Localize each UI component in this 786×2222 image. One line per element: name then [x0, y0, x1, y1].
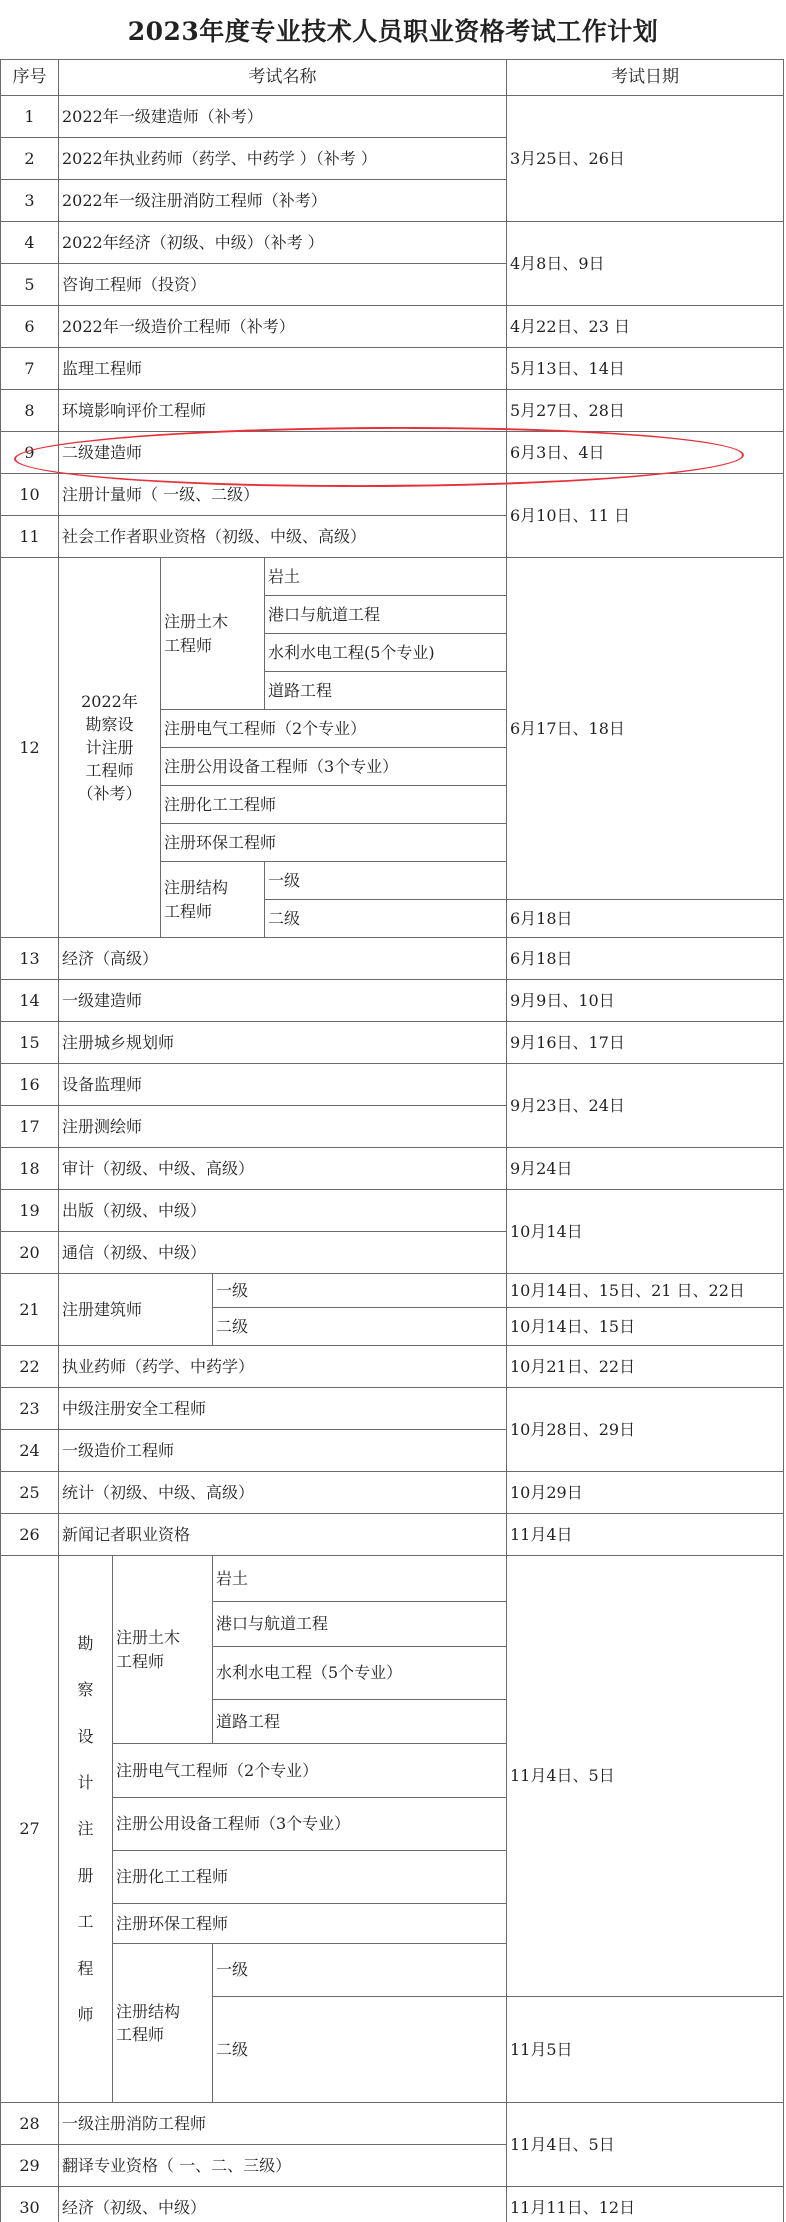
exam-date-cell-text: 4月22日、23 日	[510, 315, 630, 338]
exam-name-cell: 2022年一级注册消防工程师（补考）	[58, 179, 507, 222]
exam-date-cell: 6月18日	[506, 899, 784, 938]
seq-cell: 16	[0, 1063, 59, 1106]
exam-specialty-cell-text: 岩土	[268, 565, 300, 588]
exam-subgroup-cell: 注册化工工程师	[112, 1850, 507, 1904]
seq-cell: 14	[0, 979, 59, 1022]
exam-specialty-cell-text: 水利水电工程(5个专业)	[268, 641, 435, 664]
exam-name-cell-text: 经济（初级、中级）	[62, 2196, 206, 2219]
exam-name-cell: 注册测绘师	[58, 1105, 507, 1148]
exam-subgroup-cell: 注册公用设备工程师（3个专业）	[112, 1797, 507, 1851]
exam-specialty-cell-text: 道路工程	[268, 679, 332, 702]
seq-cell: 6	[0, 305, 59, 348]
exam-subgroup-cell-text: 注册环保工程师	[116, 1912, 228, 1935]
seq-cell-text: 24	[19, 1439, 39, 1462]
seq-cell: 27	[0, 1555, 59, 2103]
seq-cell: 2	[0, 137, 59, 180]
exam-date-cell-text: 5月13日、14日	[510, 357, 625, 380]
exam-name-cell-text: 一级注册消防工程师	[62, 2112, 206, 2135]
exam-date-cell-text: 11月4日	[510, 1523, 573, 1546]
exam-specialty-cell: 水利水电工程（5个专业）	[212, 1646, 507, 1700]
exam-specialty-cell: 一级	[212, 1943, 507, 1997]
seq-cell: 24	[0, 1429, 59, 1472]
exam-date-cell: 6月10日、11 日	[506, 473, 784, 558]
exam-specialty-cell: 道路工程	[212, 1699, 507, 1744]
exam-subgroup-cell-text: 注册土木 工程师	[164, 610, 228, 656]
exam-specialty-cell-text: 水利水电工程（5个专业）	[216, 1661, 402, 1684]
seq-cell: 29	[0, 2144, 59, 2187]
exam-name-cell-text: 注册计量师（ 一级、二级）	[62, 483, 259, 506]
seq-cell-text: 8	[24, 399, 34, 422]
seq-cell: 19	[0, 1189, 59, 1232]
exam-subgroup-cell: 注册环保工程师	[112, 1903, 507, 1944]
seq-cell-text: 5	[24, 273, 34, 296]
exam-date-cell: 3月25日、26日	[506, 95, 784, 222]
exam-specialty-cell: 岩土	[264, 557, 507, 596]
exam-name-cell: 统计（初级、中级、高级）	[58, 1471, 507, 1514]
exam-name-cell: 一级造价工程师	[58, 1429, 507, 1472]
exam-specialty-cell-text: 岩土	[216, 1567, 248, 1590]
seq-cell: 11	[0, 515, 59, 558]
seq-cell-text: 23	[19, 1397, 39, 1420]
exam-name-cell: 2022年一级造价工程师（补考）	[58, 305, 507, 348]
exam-subgroup-cell-text: 注册公用设备工程师（3个专业）	[164, 755, 398, 778]
exam-date-cell: 10月21日、22日	[506, 1345, 784, 1388]
exam-subgroup-cell-text: 注册环保工程师	[164, 831, 276, 854]
seq-cell-text: 9	[24, 441, 34, 464]
exam-date-cell-text: 9月24日	[510, 1157, 573, 1180]
exam-date-cell-text: 6月18日	[510, 907, 573, 930]
seq-cell-text: 29	[19, 2154, 39, 2177]
exam-name-cell-text: 统计（初级、中级、高级）	[62, 1481, 254, 1504]
seq-cell: 18	[0, 1147, 59, 1190]
exam-date-cell-text: 5月27日、28日	[510, 399, 625, 422]
exam-specialty-cell-text: 一级	[216, 1958, 248, 1981]
exam-name-cell-text: 中级注册安全工程师	[62, 1397, 206, 1420]
exam-subgroup-cell-text: 注册电气工程师（2个专业）	[164, 717, 366, 740]
exam-name-cell: 环境影响评价工程师	[58, 389, 507, 432]
exam-date-cell-text: 11月4日、5日	[510, 1764, 615, 1787]
exam-date-cell: 10月14日	[506, 1189, 784, 1274]
exam-date-cell: 4月22日、23 日	[506, 305, 784, 348]
seq-cell-text: 12	[19, 736, 39, 759]
seq-cell-text: 3	[24, 189, 34, 212]
exam-date-cell-text: 6月17日、18日	[510, 717, 625, 740]
seq-cell: 13	[0, 937, 59, 980]
exam-name-cell: 咨询工程师（投资）	[58, 263, 507, 306]
header-date: 考试日期	[506, 59, 784, 96]
exam-date-cell: 9月24日	[506, 1147, 784, 1190]
exam-subgroup-cell-text: 注册化工工程师	[164, 793, 276, 816]
exam-date-cell: 11月4日	[506, 1513, 784, 1556]
seq-cell: 28	[0, 2102, 59, 2145]
seq-cell-text: 26	[19, 1523, 39, 1546]
exam-date-cell: 6月17日、18日	[506, 557, 784, 900]
exam-group-cell-text: 2022年 勘察设 计注册 工程师 （补考）	[77, 690, 141, 806]
exam-date-cell: 9月9日、10日	[506, 979, 784, 1022]
exam-name-cell-text: 翻译专业资格（ 一、二、三级）	[62, 2154, 291, 2177]
seq-cell: 21	[0, 1273, 59, 1346]
seq-cell: 20	[0, 1231, 59, 1274]
exam-date-cell-text: 10月28日、29日	[510, 1418, 635, 1441]
exam-date-cell-text: 10月14日、15日	[510, 1315, 635, 1338]
exam-name-cell-text: 设备监理师	[62, 1073, 142, 1096]
exam-specialty-cell-text: 一级	[216, 1279, 248, 1302]
seq-cell: 23	[0, 1387, 59, 1430]
exam-specialty-cell-text: 二级	[216, 2038, 248, 2061]
exam-subgroup-cell: 注册结构 工程师	[160, 861, 265, 938]
exam-subgroup-cell-text: 注册电气工程师（2个专业）	[116, 1759, 318, 1782]
seq-cell-text: 10	[19, 483, 39, 506]
exam-name-cell-text: 监理工程师	[62, 357, 142, 380]
exam-specialty-cell-text: 港口与航道工程	[268, 603, 380, 626]
exam-date-cell: 11月4日、5日	[506, 1555, 784, 1997]
exam-specialty-cell: 一级	[212, 1273, 507, 1308]
seq-cell-text: 18	[19, 1157, 39, 1180]
seq-cell-text: 11	[19, 525, 39, 548]
seq-cell: 25	[0, 1471, 59, 1514]
exam-date-cell: 5月27日、28日	[506, 389, 784, 432]
exam-subgroup-cell: 注册结构 工程师	[112, 1943, 213, 2103]
exam-name-cell: 经济（初级、中级）	[58, 2186, 507, 2222]
exam-name-cell-text: 2022年执业药师（药学、中药学 ）（补考 ）	[62, 147, 377, 170]
exam-date-cell: 6月3日、4日	[506, 431, 784, 474]
seq-cell-text: 22	[19, 1355, 39, 1378]
exam-name-cell-text: 执业药师（药学、中药学）	[62, 1355, 254, 1378]
seq-cell: 8	[0, 389, 59, 432]
seq-cell: 7	[0, 347, 59, 390]
exam-subgroup-cell: 注册土木 工程师	[112, 1555, 213, 1744]
exam-subgroup-cell: 注册化工工程师	[160, 785, 507, 824]
exam-name-cell: 翻译专业资格（ 一、二、三级）	[58, 2144, 507, 2187]
seq-cell-text: 25	[19, 1481, 39, 1504]
exam-name-cell-text: 2022年经济（初级、中级）（补考 ）	[62, 231, 324, 254]
exam-name-cell-text: 注册城乡规划师	[62, 1031, 174, 1054]
exam-name-cell: 注册建筑师	[58, 1273, 213, 1346]
exam-name-cell-text: 一级建造师	[62, 989, 142, 1012]
exam-date-cell: 10月29日	[506, 1471, 784, 1514]
exam-date-cell-text: 11月11日、12日	[510, 2196, 635, 2219]
exam-specialty-cell: 二级	[212, 1307, 507, 1346]
exam-date-cell: 11月4日、5日	[506, 2102, 784, 2187]
exam-specialty-cell-text: 道路工程	[216, 1710, 280, 1733]
exam-name-cell-text: 咨询工程师（投资）	[62, 273, 206, 296]
exam-name-cell-text: 社会工作者职业资格（初级、中级、高级）	[62, 525, 366, 548]
header-date-text: 考试日期	[611, 65, 679, 90]
seq-cell-text: 27	[19, 1817, 39, 1840]
seq-cell: 3	[0, 179, 59, 222]
exam-date-cell: 11月5日	[506, 1996, 784, 2103]
exam-subgroup-cell-text: 注册公用设备工程师（3个专业）	[116, 1812, 350, 1835]
exam-subgroup-cell: 注册公用设备工程师（3个专业）	[160, 747, 507, 786]
exam-name-cell: 通信（初级、中级）	[58, 1231, 507, 1274]
exam-date-cell-text: 6月3日、4日	[510, 441, 605, 464]
exam-name-cell: 设备监理师	[58, 1063, 507, 1106]
exam-date-cell-text: 11月5日	[510, 2038, 573, 2061]
seq-cell-text: 6	[24, 315, 34, 338]
exam-date-cell: 5月13日、14日	[506, 347, 784, 390]
exam-specialty-cell-text: 港口与航道工程	[216, 1612, 328, 1635]
exam-specialty-cell: 水利水电工程(5个专业)	[264, 633, 507, 672]
exam-name-cell: 一级建造师	[58, 979, 507, 1022]
exam-name-cell-text: 审计（初级、中级、高级）	[62, 1157, 254, 1180]
exam-name-cell: 中级注册安全工程师	[58, 1387, 507, 1430]
seq-cell: 15	[0, 1021, 59, 1064]
exam-name-cell: 2022年执业药师（药学、中药学 ）（补考 ）	[58, 137, 507, 180]
seq-cell-text: 19	[19, 1199, 39, 1222]
exam-specialty-cell: 港口与航道工程	[212, 1601, 507, 1647]
exam-name-cell-text: 环境影响评价工程师	[62, 399, 206, 422]
exam-date-cell-text: 10月14日、15日、21 日、22日	[510, 1279, 745, 1302]
exam-subgroup-cell-text: 注册结构 工程师	[164, 876, 228, 922]
header-seq: 序号	[0, 59, 59, 96]
exam-name-cell: 2022年经济（初级、中级）（补考 ）	[58, 221, 507, 264]
exam-name-cell-text: 注册测绘师	[62, 1115, 142, 1138]
exam-date-cell: 10月28日、29日	[506, 1387, 784, 1472]
exam-specialty-cell: 一级	[264, 861, 507, 900]
exam-name-cell: 经济（高级）	[58, 937, 507, 980]
exam-subgroup-cell: 注册环保工程师	[160, 823, 507, 862]
seq-cell: 9	[0, 431, 59, 474]
seq-cell: 12	[0, 557, 59, 938]
exam-specialty-cell: 道路工程	[264, 671, 507, 710]
exam-specialty-cell: 二级	[212, 1996, 507, 2103]
exam-date-cell: 6月18日	[506, 937, 784, 980]
seq-cell-text: 7	[24, 357, 34, 380]
exam-name-cell-text: 经济（高级）	[62, 947, 158, 970]
seq-cell: 4	[0, 221, 59, 264]
exam-date-cell: 4月8日、9日	[506, 221, 784, 306]
seq-cell: 1	[0, 95, 59, 138]
exam-subgroup-cell-text: 注册土木 工程师	[116, 1626, 180, 1672]
seq-cell: 10	[0, 473, 59, 516]
exam-date-cell: 9月16日、17日	[506, 1021, 784, 1064]
seq-cell-text: 21	[19, 1298, 39, 1321]
exam-subgroup-cell-text: 注册化工工程师	[116, 1865, 228, 1888]
exam-date-cell: 9月23日、24日	[506, 1063, 784, 1148]
seq-cell-text: 20	[19, 1241, 39, 1264]
exam-date-cell-text: 10月29日	[510, 1481, 583, 1504]
seq-cell: 5	[0, 263, 59, 306]
exam-name-cell-text: 2022年一级造价工程师（补考）	[62, 315, 295, 338]
exam-name-cell-text: 注册建筑师	[62, 1298, 142, 1321]
exam-date-cell-text: 6月10日、11 日	[510, 504, 630, 527]
header-name-text: 考试名称	[249, 65, 317, 90]
exam-group-cell: 2022年 勘察设 计注册 工程师 （补考）	[58, 557, 161, 938]
exam-date-cell-text: 6月18日	[510, 947, 573, 970]
seq-cell: 17	[0, 1105, 59, 1148]
exam-name-cell-text: 一级造价工程师	[62, 1439, 174, 1462]
seq-cell-text: 28	[19, 2112, 39, 2135]
exam-subgroup-cell: 注册土木 工程师	[160, 557, 265, 710]
seq-cell-text: 2	[24, 147, 34, 170]
header-name: 考试名称	[58, 59, 507, 96]
seq-cell-text: 16	[19, 1073, 39, 1096]
exam-name-cell: 审计（初级、中级、高级）	[58, 1147, 507, 1190]
exam-name-cell: 新闻记者职业资格	[58, 1513, 507, 1556]
exam-date-cell-text: 3月25日、26日	[510, 147, 625, 170]
seq-cell: 30	[0, 2186, 59, 2222]
exam-name-cell: 注册计量师（ 一级、二级）	[58, 473, 507, 516]
exam-name-cell: 执业药师（药学、中药学）	[58, 1345, 507, 1388]
exam-name-cell-text: 2022年一级注册消防工程师（补考）	[62, 189, 327, 212]
exam-name-cell: 监理工程师	[58, 347, 507, 390]
exam-specialty-cell-text: 二级	[268, 907, 300, 930]
exam-name-cell: 二级建造师	[58, 431, 507, 474]
exam-group-cell: 勘 察 设 计 注 册 工 程 师	[58, 1555, 113, 2103]
exam-date-cell-text: 4月8日、9日	[510, 252, 605, 275]
exam-name-cell-text: 2022年一级建造师（补考）	[62, 105, 263, 128]
exam-date-cell-text: 11月4日、5日	[510, 2133, 615, 2156]
exam-subgroup-cell-text: 注册结构 工程师	[116, 2000, 180, 2046]
exam-name-cell: 一级注册消防工程师	[58, 2102, 507, 2145]
exam-group-cell-text: 勘 察 设 计 注 册 工 程 师	[77, 1632, 93, 2026]
exam-date-cell-text: 10月21日、22日	[510, 1355, 635, 1378]
seq-cell: 26	[0, 1513, 59, 1556]
exam-subgroup-cell: 注册电气工程师（2个专业）	[160, 709, 507, 748]
exam-date-cell: 10月14日、15日、21 日、22日	[506, 1273, 784, 1308]
seq-cell-text: 1	[24, 105, 34, 128]
exam-specialty-cell: 岩土	[212, 1555, 507, 1602]
exam-name-cell: 注册城乡规划师	[58, 1021, 507, 1064]
exam-date-cell-text: 9月16日、17日	[510, 1031, 625, 1054]
exam-name-cell: 2022年一级建造师（补考）	[58, 95, 507, 138]
exam-name-cell-text: 出版（初级、中级）	[62, 1199, 206, 1222]
seq-cell-text: 17	[19, 1115, 39, 1138]
exam-date-cell-text: 9月23日、24日	[510, 1094, 625, 1117]
seq-cell-text: 30	[19, 2196, 39, 2219]
exam-subgroup-cell: 注册电气工程师（2个专业）	[112, 1743, 507, 1798]
exam-specialty-cell: 二级	[264, 899, 507, 938]
exam-name-cell: 社会工作者职业资格（初级、中级、高级）	[58, 515, 507, 558]
exam-date-cell: 10月14日、15日	[506, 1307, 784, 1346]
seq-cell: 22	[0, 1345, 59, 1388]
exam-specialty-cell: 港口与航道工程	[264, 595, 507, 634]
exam-name-cell-text: 通信（初级、中级）	[62, 1241, 206, 1264]
seq-cell-text: 13	[19, 947, 39, 970]
exam-name-cell-text: 新闻记者职业资格	[62, 1523, 190, 1546]
exam-date-cell-text: 10月14日	[510, 1220, 583, 1243]
page-title: 2023年度专业技术人员职业资格考试工作计划	[0, 0, 786, 60]
exam-name-cell: 出版（初级、中级）	[58, 1189, 507, 1232]
exam-specialty-cell-text: 一级	[268, 869, 300, 892]
exam-date-cell-text: 9月9日、10日	[510, 989, 615, 1012]
seq-cell-text: 4	[24, 231, 34, 254]
exam-date-cell: 11月11日、12日	[506, 2186, 784, 2222]
header-seq-text: 序号	[13, 65, 47, 90]
seq-cell-text: 15	[19, 1031, 39, 1054]
exam-name-cell-text: 二级建造师	[62, 441, 142, 464]
exam-specialty-cell-text: 二级	[216, 1315, 248, 1338]
seq-cell-text: 14	[19, 989, 39, 1012]
